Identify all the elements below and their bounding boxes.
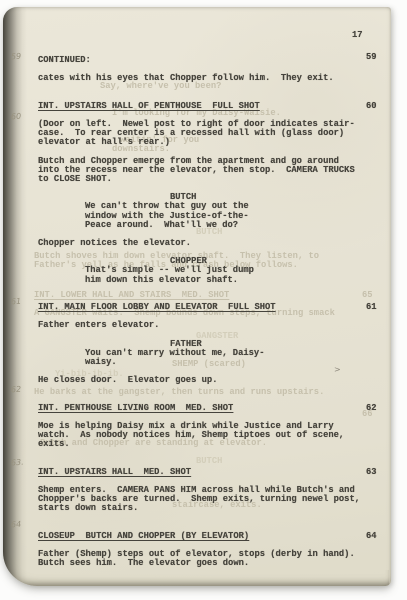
heading-61: INT. MAIN FLOOR LOBBY AND ELEVATOR FULL …	[38, 303, 383, 312]
continued-text: CONTINUED:	[38, 55, 91, 65]
dialogue: That's simple -- we'll just dump him dow…	[38, 266, 383, 284]
heading-text: INT. UPSTAIRS HALL OF PENTHOUSE FULL SHO…	[38, 101, 260, 111]
heading-text: INT. PENTHOUSE LIVING ROOM MED. SHOT	[38, 403, 233, 413]
margin-scene-number: 60	[11, 113, 22, 122]
action: Moe is helping Daisy mix a drink while J…	[38, 422, 383, 449]
heading-text: INT. MAIN FLOOR LOBBY AND ELEVATOR FULL …	[38, 302, 276, 312]
heading-63: INT. UPSTAIRS HALL MED. SHOT63	[38, 468, 383, 477]
heading-62: INT. PENTHOUSE LIVING ROOM MED. SHOT62	[38, 404, 383, 413]
heading-60: INT. UPSTAIRS HALL OF PENTHOUSE FULL SHO…	[38, 102, 383, 111]
dialogue: We can't throw that guy out the window w…	[38, 202, 383, 229]
action: Father (Shemp) steps out of elevator, st…	[38, 550, 383, 568]
margin-scene-number: 61	[11, 298, 22, 307]
dialogue-text: You can't marry without me, Daisy- waisy…	[85, 348, 265, 367]
action: Shemp enters. CAMERA PANS HIM across hal…	[38, 486, 383, 513]
action-text: Shemp enters. CAMERA PANS HIM across hal…	[38, 485, 360, 513]
action: Father enters elevator.	[38, 321, 383, 330]
page-number: 17	[352, 31, 363, 40]
dialogue: You can't marry without me, Daisy- waisy…	[38, 349, 383, 367]
dialogue-text: That's simple -- we'll just dump him dow…	[85, 265, 254, 284]
scene-number: 64	[366, 532, 377, 541]
action-text: Butch and Chopper emerge from the apartm…	[38, 156, 355, 184]
heading-text: CLOSEUP BUTCH AND CHOPPER (BY ELEVATOR)	[38, 531, 249, 541]
margin-scene-number: 63.	[11, 459, 24, 468]
heading-text: INT. UPSTAIRS HALL MED. SHOT	[38, 467, 191, 477]
action-text: He closes door. Elevator goes up.	[38, 375, 218, 385]
action: Butch and Chopper emerge from the apartm…	[38, 157, 383, 184]
scene-number: 63	[366, 468, 377, 477]
script-flow: CONTINUED:59cates with his eyes that Cho…	[38, 56, 383, 568]
action: He closes door. Elevator goes up.	[38, 376, 383, 385]
action-text: Moe is helping Daisy mix a drink while J…	[38, 421, 344, 449]
action: cates with his eyes that Chopper follow …	[38, 74, 383, 83]
action-text: Father (Shemp) steps out of elevator, st…	[38, 549, 355, 568]
action-text: Chopper notices the elevator.	[38, 238, 191, 248]
action: (Door on left. Newel post to right of do…	[38, 120, 383, 147]
scene-number: 61	[366, 303, 377, 312]
continued-59: CONTINUED:59	[38, 56, 383, 65]
heading-64: CLOSEUP BUTCH AND CHOPPER (BY ELEVATOR)6…	[38, 532, 383, 541]
action-text: cates with his eyes that Chopper follow …	[38, 73, 334, 83]
script-page: Say, where've you been? I'm looking for …	[3, 7, 391, 586]
action: Chopper notices the elevator.	[38, 239, 383, 248]
margin-scene-number: 59	[11, 53, 22, 62]
action-text: Father enters elevator.	[38, 320, 159, 330]
scene-number: 60	[366, 102, 377, 111]
scene-number: 62	[366, 404, 377, 413]
scene-number: 59	[366, 53, 377, 62]
margin-scene-number: 64	[11, 521, 22, 530]
action-text: (Door on left. Newel post to right of do…	[38, 119, 355, 147]
margin-scene-number: 62	[11, 386, 22, 395]
scanned-script-page-background: { "page": { "number": "17" }, "colors": …	[0, 0, 407, 600]
dialogue-text: We can't throw that guy out the window w…	[85, 201, 249, 229]
